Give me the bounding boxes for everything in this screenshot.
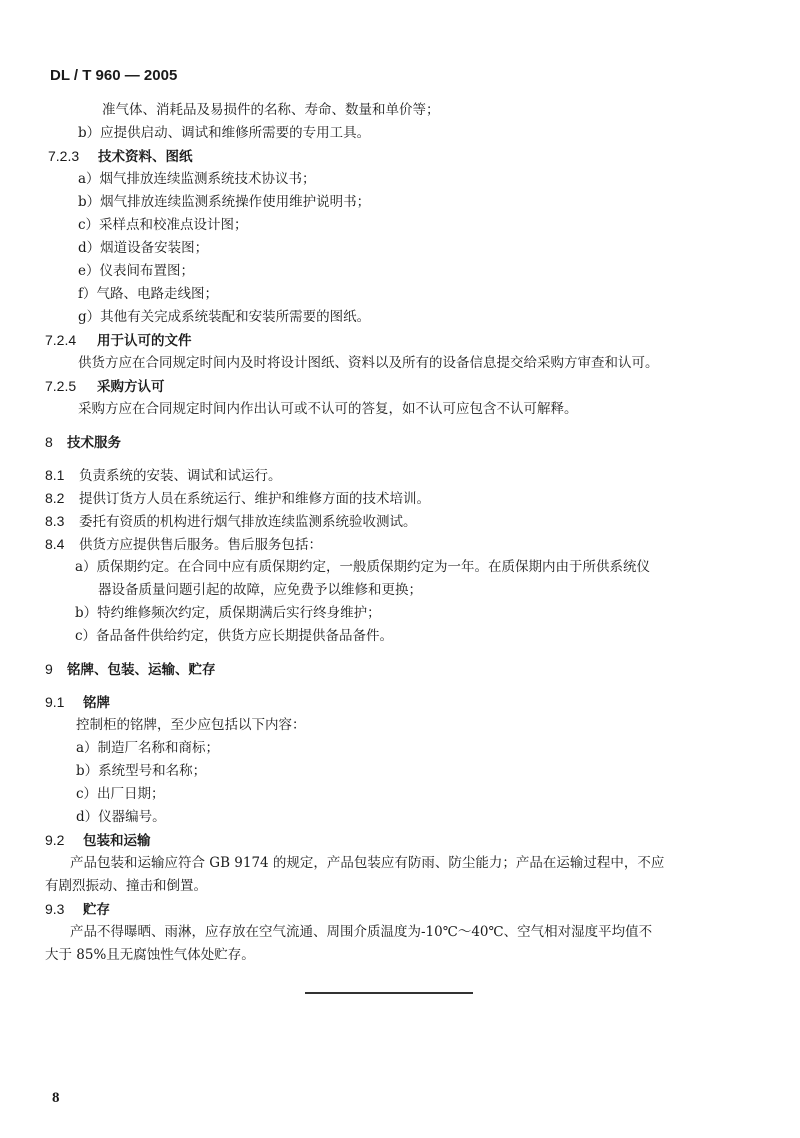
clause-8-1: 8.1负责系统的安装、调试和试运行。 — [45, 466, 282, 485]
section-number: 7.2.3 — [48, 147, 98, 165]
list-item: d）仪器编号。 — [76, 808, 166, 826]
list-item: c）采样点和校准点设计图； — [78, 216, 248, 234]
list-item: a）烟气排放连续监测系统技术协议书； — [78, 170, 316, 188]
section-number: 7.2.5 — [45, 377, 97, 395]
section-number: 9.1 — [45, 693, 83, 711]
standard-code-header: DL / T 960 — 2005 — [50, 67, 177, 85]
section-heading-9-1: 9.1铭牌 — [45, 693, 110, 712]
paragraph-line: 采购方应在合同规定时间内作出认可或不认可的答复，如不认可应包含不认可解释。 — [78, 400, 578, 418]
list-item: b）系统型号和名称； — [76, 762, 206, 780]
paragraph-line: 产品不得曝晒、雨淋，应存放在空气流通、周围介质温度为-10℃～40℃、空气相对湿… — [70, 923, 652, 941]
section-title: 技术资料、图纸 — [98, 149, 193, 165]
section-title: 铭牌、包装、运输、贮存 — [67, 662, 216, 678]
section-heading-7-2-4: 7.2.4用于认可的文件 — [45, 331, 192, 350]
clause-8-2: 8.2提供订货方人员在系统运行、维护和维修方面的技术培训。 — [45, 489, 430, 508]
section-heading-9-2: 9.2包装和运输 — [45, 831, 151, 850]
section-heading-9-3: 9.3贮存 — [45, 900, 110, 919]
list-item: b）应提供启动、调试和维修所需要的专用工具。 — [78, 124, 370, 142]
section-title: 技术服务 — [67, 435, 121, 451]
section-number: 8 — [45, 433, 67, 451]
paragraph-line: 大于 85%且无腐蚀性气体处贮存。 — [45, 946, 255, 964]
clause-number: 8.3 — [45, 512, 79, 530]
list-item: b）烟气排放连续监测系统操作使用维护说明书； — [78, 193, 370, 211]
section-title: 用于认可的文件 — [97, 333, 192, 349]
clause-8-4: 8.4供货方应提供售后服务。售后服务包括： — [45, 535, 322, 554]
end-of-document-rule — [305, 992, 473, 994]
section-number: 9.2 — [45, 831, 83, 849]
section-heading-7-2-5: 7.2.5采购方认可 — [45, 377, 165, 396]
section-title: 贮存 — [83, 902, 110, 918]
section-title: 采购方认可 — [97, 379, 165, 395]
list-item: e）仪表间布置图； — [78, 262, 194, 280]
clause-text: 负责系统的安装、调试和试运行。 — [79, 468, 282, 484]
list-item: c）备品备件供给约定，供货方应长期提供备品备件。 — [75, 627, 393, 645]
section-number: 7.2.4 — [45, 331, 97, 349]
paragraph-line: 准气体、消耗品及易损件的名称、寿命、数量和单价等； — [102, 101, 440, 119]
paragraph-line: 产品包装和运输应符合 GB 9174 的规定，产品包装应有防雨、防尘能力；产品在… — [70, 854, 664, 872]
clause-number: 8.2 — [45, 489, 79, 507]
list-item: g）其他有关完成系统装配和安装所需要的图纸。 — [78, 308, 370, 326]
section-title: 包装和运输 — [83, 833, 151, 849]
list-item-continuation: 器设备质量问题引起的故障，应免费予以维修和更换； — [98, 581, 422, 599]
paragraph-line: 有剧烈振动、撞击和倒置。 — [45, 877, 207, 895]
paragraph-line: 控制柜的铭牌，至少应包括以下内容： — [76, 716, 306, 734]
list-item: a）制造厂名称和商标； — [76, 739, 219, 757]
section-title: 铭牌 — [83, 695, 110, 711]
section-number: 9 — [45, 660, 67, 678]
list-item: f）气路、电路走线图； — [78, 285, 218, 303]
section-heading-9: 9铭牌、包装、运输、贮存 — [45, 660, 216, 679]
section-number: 9.3 — [45, 900, 83, 918]
clause-text: 提供订货方人员在系统运行、维护和维修方面的技术培训。 — [79, 491, 430, 507]
list-item: b）特约维修频次约定，质保期满后实行终身维护； — [75, 604, 381, 622]
clause-text: 委托有资质的机构进行烟气排放连续监测系统验收测试。 — [79, 514, 417, 530]
list-item: c）出厂日期； — [76, 785, 165, 803]
section-heading-7-2-3: 7.2.3技术资料、图纸 — [48, 147, 193, 166]
clause-number: 8.1 — [45, 466, 79, 484]
section-heading-8: 8技术服务 — [45, 433, 121, 452]
clause-number: 8.4 — [45, 535, 79, 553]
list-item: a）质保期约定。在合同中应有质保期约定，一般质保期约定为一年。在质保期内由于所供… — [75, 558, 650, 576]
page-number: 8 — [52, 1090, 60, 1107]
clause-text: 供货方应提供售后服务。售后服务包括： — [79, 537, 322, 553]
list-item: d）烟道设备安装图； — [78, 239, 208, 257]
clause-8-3: 8.3委托有资质的机构进行烟气排放连续监测系统验收测试。 — [45, 512, 417, 531]
paragraph-line: 供货方应在合同规定时间内及时将设计图纸、资料以及所有的设备信息提交给采购方审查和… — [78, 354, 659, 372]
